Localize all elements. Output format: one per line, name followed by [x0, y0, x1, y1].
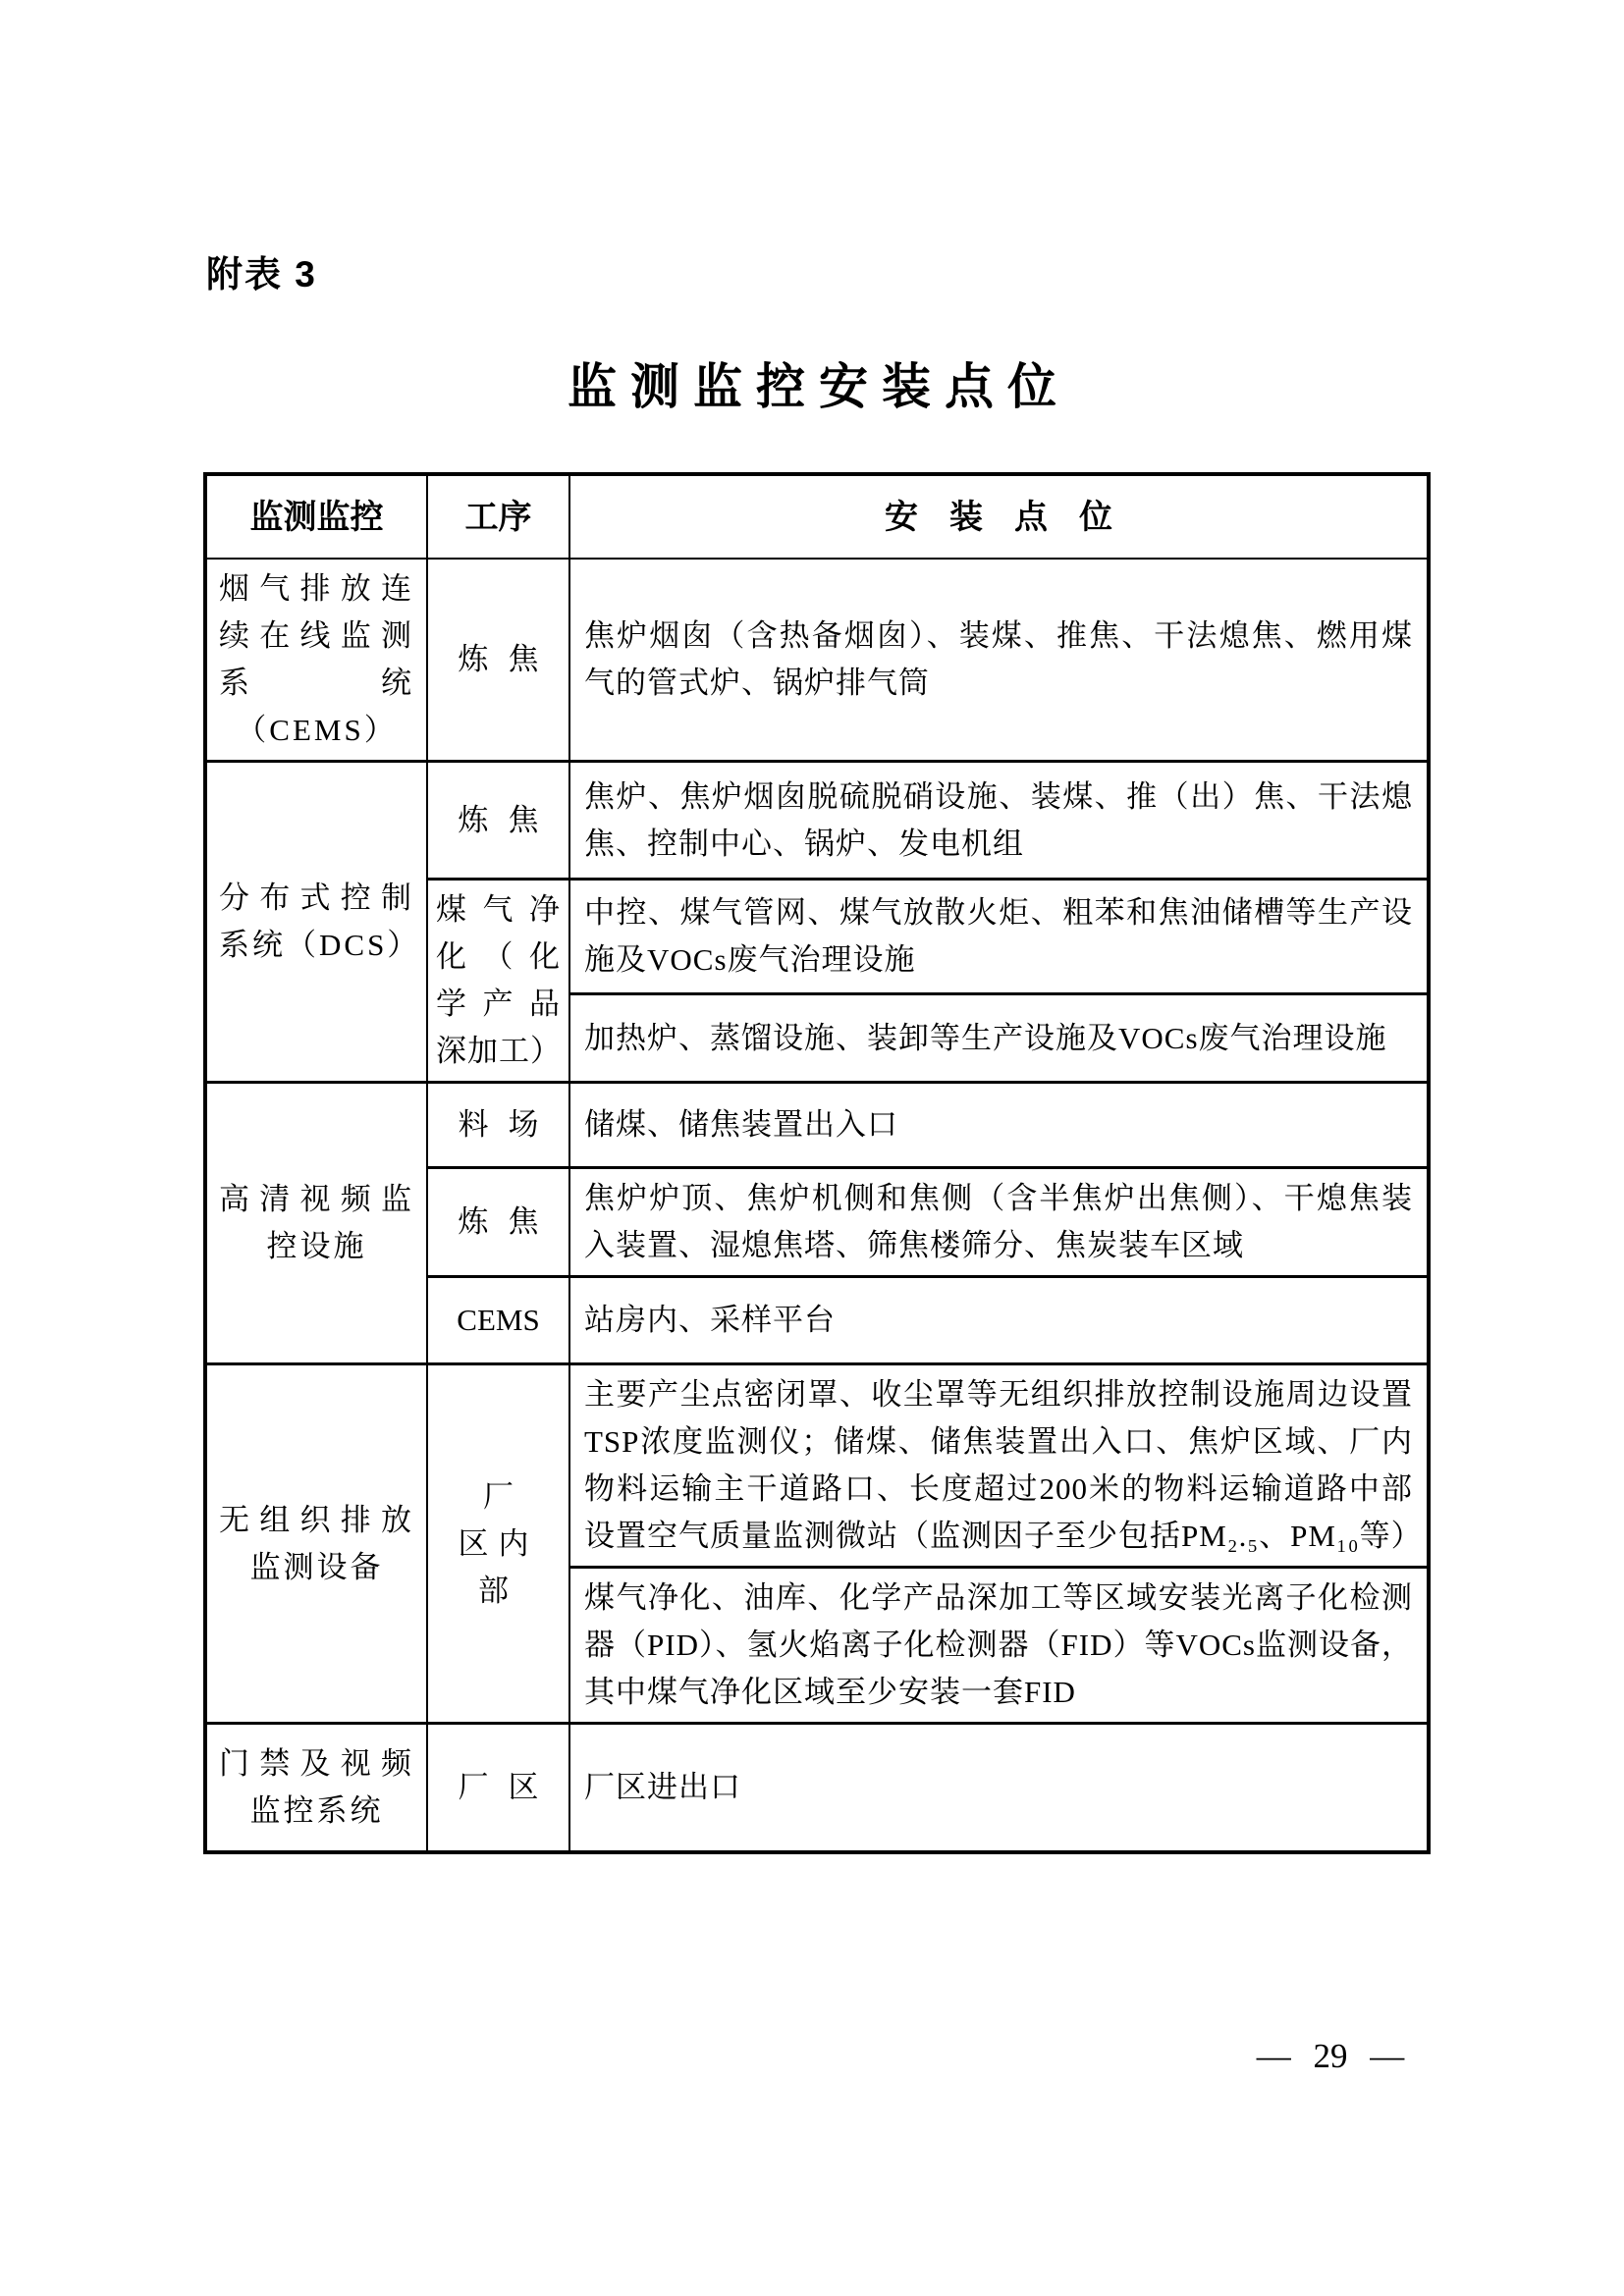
document-page: 附表 3 监测监控安装点位 监测监控 工序 安装点位 烟气排放连续在线监测系统（… — [0, 0, 1624, 2296]
cell-process-coking-3: 炼焦 — [427, 1168, 569, 1277]
table-row: 分布式控制系统（DCS） 炼焦 焦炉、焦炉烟囱脱硫脱硝设施、装煤、推（出）焦、干… — [205, 762, 1429, 880]
page-title: 监测监控安装点位 — [0, 357, 1624, 416]
monitoring-points-table: 监测监控 工序 安装点位 烟气排放连续在线监测系统（CEMS） 炼焦 焦炉烟囱（… — [203, 472, 1431, 1854]
cell-points-dcs-gas-purification: 中控、煤气管网、煤气放散火炬、粗苯和焦油储槽等生产设施及VOCs废气治理设施 — [569, 880, 1429, 994]
page-number: — 29 — — [1213, 2036, 1448, 2077]
cell-process-plant-interior: 厂区内部 — [427, 1364, 569, 1724]
cell-system-dcs: 分布式控制系统（DCS） — [205, 762, 427, 1083]
header-cell-process: 工序 — [427, 474, 569, 559]
cell-points-access-gate: 厂区进出口 — [569, 1724, 1429, 1852]
cell-system-flue-gas-cems: 烟气排放连续在线监测系统（CEMS） — [205, 559, 427, 762]
table-row: 烟气排放连续在线监测系统（CEMS） 炼焦 焦炉烟囱（含热备烟囱）、装煤、推焦、… — [205, 559, 1429, 762]
cell-points-video-stockyard: 储煤、储焦装置出入口 — [569, 1083, 1429, 1168]
cell-points-video-coking: 焦炉炉顶、焦炉机侧和焦侧（含半焦炉出焦侧）、干熄焦装入装置、湿熄焦塔、筛焦楼筛分… — [569, 1168, 1429, 1277]
cell-process-gas-purification: 煤气净化（化学产品深加工） — [427, 880, 569, 1083]
table-row: 高清视频监控设施 料场 储煤、储焦装置出入口 — [205, 1083, 1429, 1168]
table-header-row: 监测监控 工序 安装点位 — [205, 474, 1429, 559]
table-row: 门禁及视频监控系统 厂区 厂区进出口 — [205, 1724, 1429, 1852]
cell-process-coking-2: 炼焦 — [427, 762, 569, 880]
cell-points-video-cems: 站房内、采样平台 — [569, 1277, 1429, 1364]
header-cell-monitoring: 监测监控 — [205, 474, 427, 559]
cell-system-fugitive-emission: 无组织排放监测设备 — [205, 1364, 427, 1724]
cell-process-plant: 厂区 — [427, 1724, 569, 1852]
cell-system-access-control: 门禁及视频监控系统 — [205, 1724, 427, 1852]
appendix-label: 附表 3 — [206, 253, 317, 296]
cell-process-cems: CEMS — [427, 1277, 569, 1364]
cell-points-dcs-chemical-processing: 加热炉、蒸馏设施、装卸等生产设施及VOCs废气治理设施 — [569, 994, 1429, 1083]
cell-process-coking-1: 炼焦 — [427, 559, 569, 762]
cell-points-cems-coking: 焦炉烟囱（含热备烟囱）、装煤、推焦、干法熄焦、燃用煤气的管式炉、锅炉排气筒 — [569, 559, 1429, 762]
cell-process-stockyard: 料场 — [427, 1083, 569, 1168]
header-cell-points: 安装点位 — [569, 474, 1429, 559]
cell-points-fugitive-tsp: 主要产尘点密闭罩、收尘罩等无组织排放控制设施周边设置TSP浓度监测仪；储煤、储焦… — [569, 1364, 1429, 1568]
cell-system-hd-video: 高清视频监控设施 — [205, 1083, 427, 1364]
cell-points-dcs-coking: 焦炉、焦炉烟囱脱硫脱硝设施、装煤、推（出）焦、干法熄焦、控制中心、锅炉、发电机组 — [569, 762, 1429, 880]
table-row: 无组织排放监测设备 厂区内部 主要产尘点密闭罩、收尘罩等无组织排放控制设施周边设… — [205, 1364, 1429, 1568]
cell-points-fugitive-vocs: 煤气净化、油库、化学产品深加工等区域安装光离子化检测器（PID）、氢火焰离子化检… — [569, 1568, 1429, 1724]
